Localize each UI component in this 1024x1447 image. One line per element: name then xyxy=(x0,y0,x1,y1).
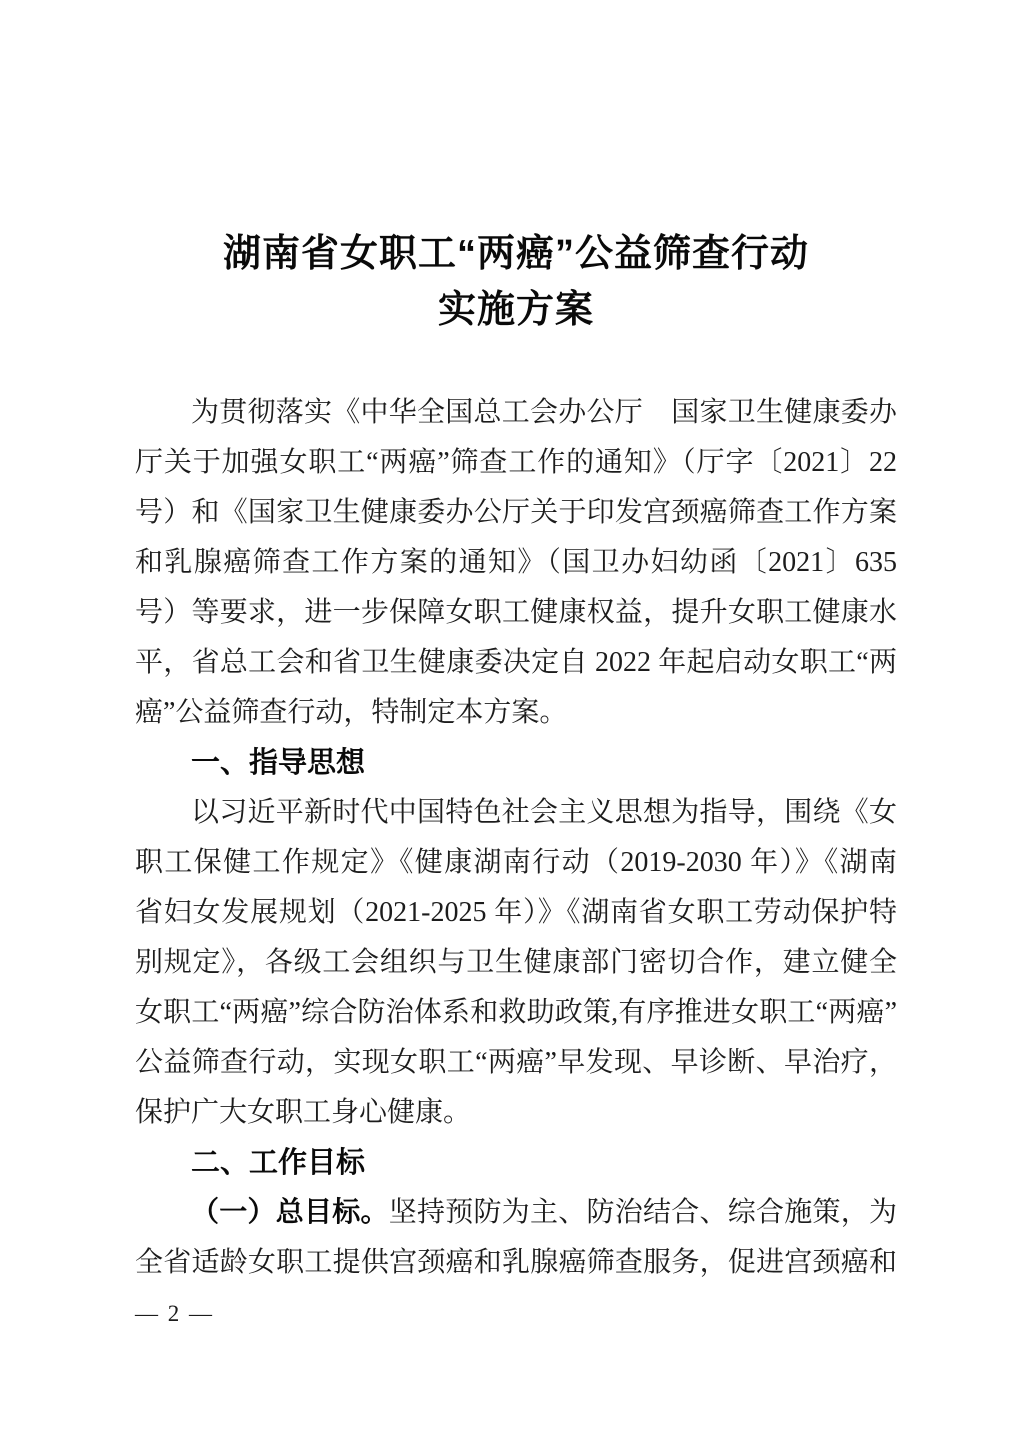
section-heading-2: 二、工作目标 xyxy=(135,1138,897,1188)
document-title-line1: 湖南省女职工“两癌”公益筛查行动 xyxy=(135,226,897,282)
paragraph2-line: 省妇女发展规划（2021-2025 年）》《湖南省女职工劳动保护特 xyxy=(135,888,897,938)
paragraph3-line: 全省适龄女职工提供宫颈癌和乳腺癌筛查服务，促进宫颈癌和 xyxy=(135,1238,897,1288)
page-number: — 2 — xyxy=(135,1301,214,1327)
paragraph2-line: 保护广大女职工身心健康。 xyxy=(135,1088,897,1138)
paragraph1-line: 号）和《国家卫生健康委办公厅关于印发宫颈癌筛查工作方案 xyxy=(135,488,897,538)
paragraph2-line: 女职工“两癌”综合防治体系和救助政策,有序推进女职工“两癌” xyxy=(135,988,897,1038)
document-page: 湖南省女职工“两癌”公益筛查行动 实施方案 为贯彻落实《中华全国总工会办公厅 国… xyxy=(0,0,1024,1447)
paragraph1-line: 厅关于加强女职工“两癌”筛查工作的通知》（厅字〔2021〕22 xyxy=(135,438,897,488)
section-heading-1: 一、指导思想 xyxy=(135,738,897,788)
document-body: 为贯彻落实《中华全国总工会办公厅 国家卫生健康委办公 厅关于加强女职工“两癌”筛… xyxy=(135,388,897,1288)
paragraph1-line: 平，省总工会和省卫生健康委决定自 2022 年起启动女职工“两 xyxy=(135,638,897,688)
paragraph2-line: 职工保健工作规定》《健康湖南行动（2019-2030 年）》《湖南 xyxy=(135,838,897,888)
paragraph3-line: （一）总目标。坚持预防为主、防治结合、综合施策，为 xyxy=(135,1188,897,1238)
paragraph1-line: 癌”公益筛查行动，特制定本方案。 xyxy=(135,688,897,738)
paragraph1-line: 和乳腺癌筛查工作方案的通知》（国卫办妇幼函〔2021〕635 xyxy=(135,538,897,588)
paragraph2-line: 公益筛查行动，实现女职工“两癌”早发现、早诊断、早治疗， xyxy=(135,1038,897,1088)
paragraph1-line: 号）等要求，进一步保障女职工健康权益，提升女职工健康水 xyxy=(135,588,897,638)
document-title-line2: 实施方案 xyxy=(135,282,897,338)
document-title: 湖南省女职工“两癌”公益筛查行动 实施方案 xyxy=(135,226,897,338)
paragraph3-lead: （一）总目标。 xyxy=(191,1197,389,1228)
paragraph2-line: 以习近平新时代中国特色社会主义思想为指导，围绕《女 xyxy=(135,788,897,838)
paragraph3-line1-rest: 坚持预防为主、防治结合、综合施策，为 xyxy=(389,1197,897,1228)
paragraph1-line: 为贯彻落实《中华全国总工会办公厅 国家卫生健康委办公 xyxy=(135,388,897,438)
paragraph2-line: 别规定》，各级工会组织与卫生健康部门密切合作，建立健全 xyxy=(135,938,897,988)
text-column: 湖南省女职工“两癌”公益筛查行动 实施方案 为贯彻落实《中华全国总工会办公厅 国… xyxy=(135,0,897,1288)
